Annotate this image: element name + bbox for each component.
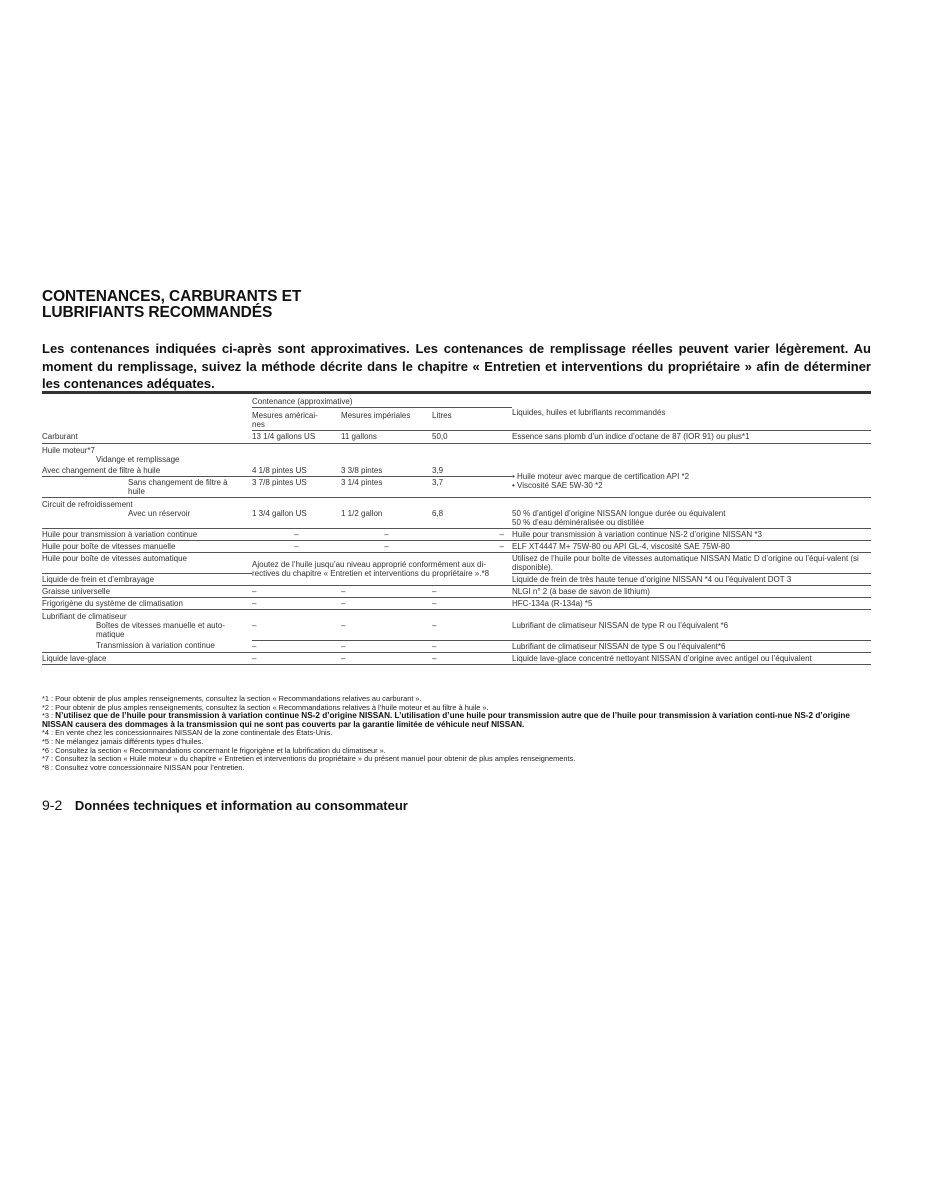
- cell-imperial: –: [341, 652, 432, 664]
- cell-us: 4 1/8 pintes US: [252, 465, 341, 477]
- cell-imperial: 11 gallons: [341, 431, 432, 444]
- row-label: Huile pour boîte de vitesses manuelle: [42, 541, 252, 553]
- cell-recommended: Lubrifiant de climatiseur NISSAN de type…: [512, 640, 871, 652]
- row-label: Liquide lave-glace: [42, 652, 252, 664]
- cell-litres: –: [432, 529, 512, 541]
- cell-recommended: Liquide de frein de très haute tenue d’o…: [512, 574, 871, 586]
- title-line-2: LUBRIFIANTS RECOMMANDÉS: [42, 305, 301, 321]
- cell-imperial: 1 1/2 gallon: [341, 498, 432, 529]
- cell-litres: 3,9: [432, 465, 512, 477]
- row-label: Avec changement de filtre à huile: [42, 465, 252, 477]
- footnotes: *1 : Pour obtenir de plus amples renseig…: [42, 695, 871, 772]
- header-imperial: Mesures impériales: [341, 408, 432, 431]
- row-sublabel: Vidange et remplissage: [42, 455, 512, 464]
- cell-litres: –: [432, 586, 512, 598]
- row-label: Sans changement de filtre à huile: [42, 477, 252, 498]
- cell-us: 1 3/4 gallon US: [252, 498, 341, 529]
- table-row: Huile pour boîte de vitesses automatique…: [42, 553, 871, 574]
- cell-recommended: Liquide lave-glace concentré nettoyant N…: [512, 652, 871, 664]
- cell-recommended: 50 % d’antigel d’origine NISSAN longue d…: [512, 498, 871, 529]
- footnote-8: *8 : Consultez votre concessionnaire NIS…: [42, 764, 871, 773]
- cell-litres: –: [432, 640, 512, 652]
- merged-capacity-note: Ajoutez de l’huile jusqu’au niveau appro…: [252, 553, 512, 586]
- table-header-row: Contenance (approximative) Liquides, hui…: [42, 395, 871, 408]
- header-us: Mesures américai-nes: [252, 408, 341, 431]
- cell-recommended: • Huile moteur avec marque de certificat…: [512, 465, 871, 498]
- header-recommended: Liquides, huiles et lubrifiants recomman…: [512, 395, 871, 431]
- cell-us: –: [252, 610, 341, 641]
- table-row: Huile pour transmission à variation cont…: [42, 529, 871, 541]
- table-row: Huile moteur*7 Vidange et remplissage: [42, 444, 871, 466]
- table-row: Transmission à variation continue – – – …: [42, 640, 871, 652]
- table-row: Avec changement de filtre à huile 4 1/8 …: [42, 465, 871, 477]
- cell-recommended: NLGI n° 2 (à base de savon de lithium): [512, 586, 871, 598]
- cell-us: –: [252, 541, 341, 553]
- table-row: Lubrifiant de climatiseur Boîtes de vite…: [42, 610, 871, 641]
- cell-imperial: –: [341, 529, 432, 541]
- row-label: Transmission à variation continue: [42, 640, 252, 652]
- cell-litres: 3,7: [432, 477, 512, 498]
- page-number: 9-2: [42, 797, 62, 813]
- row-sublabel: Avec un réservoir: [42, 509, 252, 518]
- cell-us: 3 7/8 pintes US: [252, 477, 341, 498]
- cell-litres: 6,8: [432, 498, 512, 529]
- cell-recommended: Lubrifiant de climatiseur NISSAN de type…: [512, 610, 871, 641]
- cell-recommended: Essence sans plomb d’un indice d’octane …: [512, 431, 871, 444]
- page-footer: 9-2 Données techniques et information au…: [42, 797, 408, 813]
- cell-recommended: HFC-134a (R-134a) *5: [512, 598, 871, 610]
- cell-imperial: –: [341, 598, 432, 610]
- cell-imperial: –: [341, 640, 432, 652]
- row-label: Graisse universelle: [42, 586, 252, 598]
- section-title: Données techniques et information au con…: [75, 798, 408, 813]
- cell-litres: –: [432, 598, 512, 610]
- title-line-1: CONTENANCES, CARBURANTS ET: [42, 289, 301, 305]
- table-row: Liquide lave-glace – – – Liquide lave-gl…: [42, 652, 871, 664]
- table-row: Carburant 13 1/4 gallons US 11 gallons 5…: [42, 431, 871, 444]
- cell-imperial: 3 1/4 pintes: [341, 477, 432, 498]
- cell-us: 13 1/4 gallons US: [252, 431, 341, 444]
- cell-litres: 50,0: [432, 431, 512, 444]
- cell-imperial: 3 3/8 pintes: [341, 465, 432, 477]
- cell-litres: –: [432, 610, 512, 641]
- cell-us: –: [252, 652, 341, 664]
- row-label: Frigorigène du système de climatisation: [42, 598, 252, 610]
- table-row: Huile pour boîte de vitesses manuelle – …: [42, 541, 871, 553]
- capacities-table: Contenance (approximative) Liquides, hui…: [42, 395, 871, 665]
- row-label: Huile moteur*7: [42, 446, 512, 455]
- row-sublabel: Boîtes de vitesses manuelle et auto-mati…: [42, 621, 252, 639]
- cell-imperial: –: [341, 586, 432, 598]
- row-label: Liquide de frein et d’embrayage: [42, 574, 252, 586]
- row-label: Huile pour transmission à variation cont…: [42, 529, 252, 541]
- cell-us: –: [252, 640, 341, 652]
- footnote-3: *3 : N’utilisez que de l’huile pour tran…: [42, 712, 871, 729]
- table-top-rule: [42, 391, 871, 394]
- table-row: Circuit de refroidissement Avec un réser…: [42, 498, 871, 529]
- row-label: Huile pour boîte de vitesses automatique: [42, 553, 252, 574]
- row-label: Lubrifiant de climatiseur: [42, 612, 252, 621]
- cell-litres: –: [432, 652, 512, 664]
- cell-recommended: Utilisez de l’huile pour boîte de vitess…: [512, 553, 871, 574]
- intro-paragraph: Les contenances indiquées ci-après sont …: [42, 340, 871, 393]
- header-capacity-group: Contenance (approximative): [252, 395, 512, 408]
- cell-us: –: [252, 586, 341, 598]
- table-row: Graisse universelle – – – NLGI n° 2 (à b…: [42, 586, 871, 598]
- page-title: CONTENANCES, CARBURANTS ET LUBRIFIANTS R…: [42, 289, 301, 321]
- cell-recommended: Huile pour transmission à variation cont…: [512, 529, 871, 541]
- cell-imperial: –: [341, 541, 432, 553]
- cell-recommended: ELF XT4447 M+ 75W-80 ou API GL-4, viscos…: [512, 541, 871, 553]
- cell-us: –: [252, 529, 341, 541]
- table-row: Frigorigène du système de climatisation …: [42, 598, 871, 610]
- header-litres: Litres: [432, 408, 512, 431]
- cell-imperial: –: [341, 610, 432, 641]
- cell-litres: –: [432, 541, 512, 553]
- cell-us: –: [252, 598, 341, 610]
- row-label: Circuit de refroidissement: [42, 500, 252, 509]
- row-label: Carburant: [42, 431, 252, 444]
